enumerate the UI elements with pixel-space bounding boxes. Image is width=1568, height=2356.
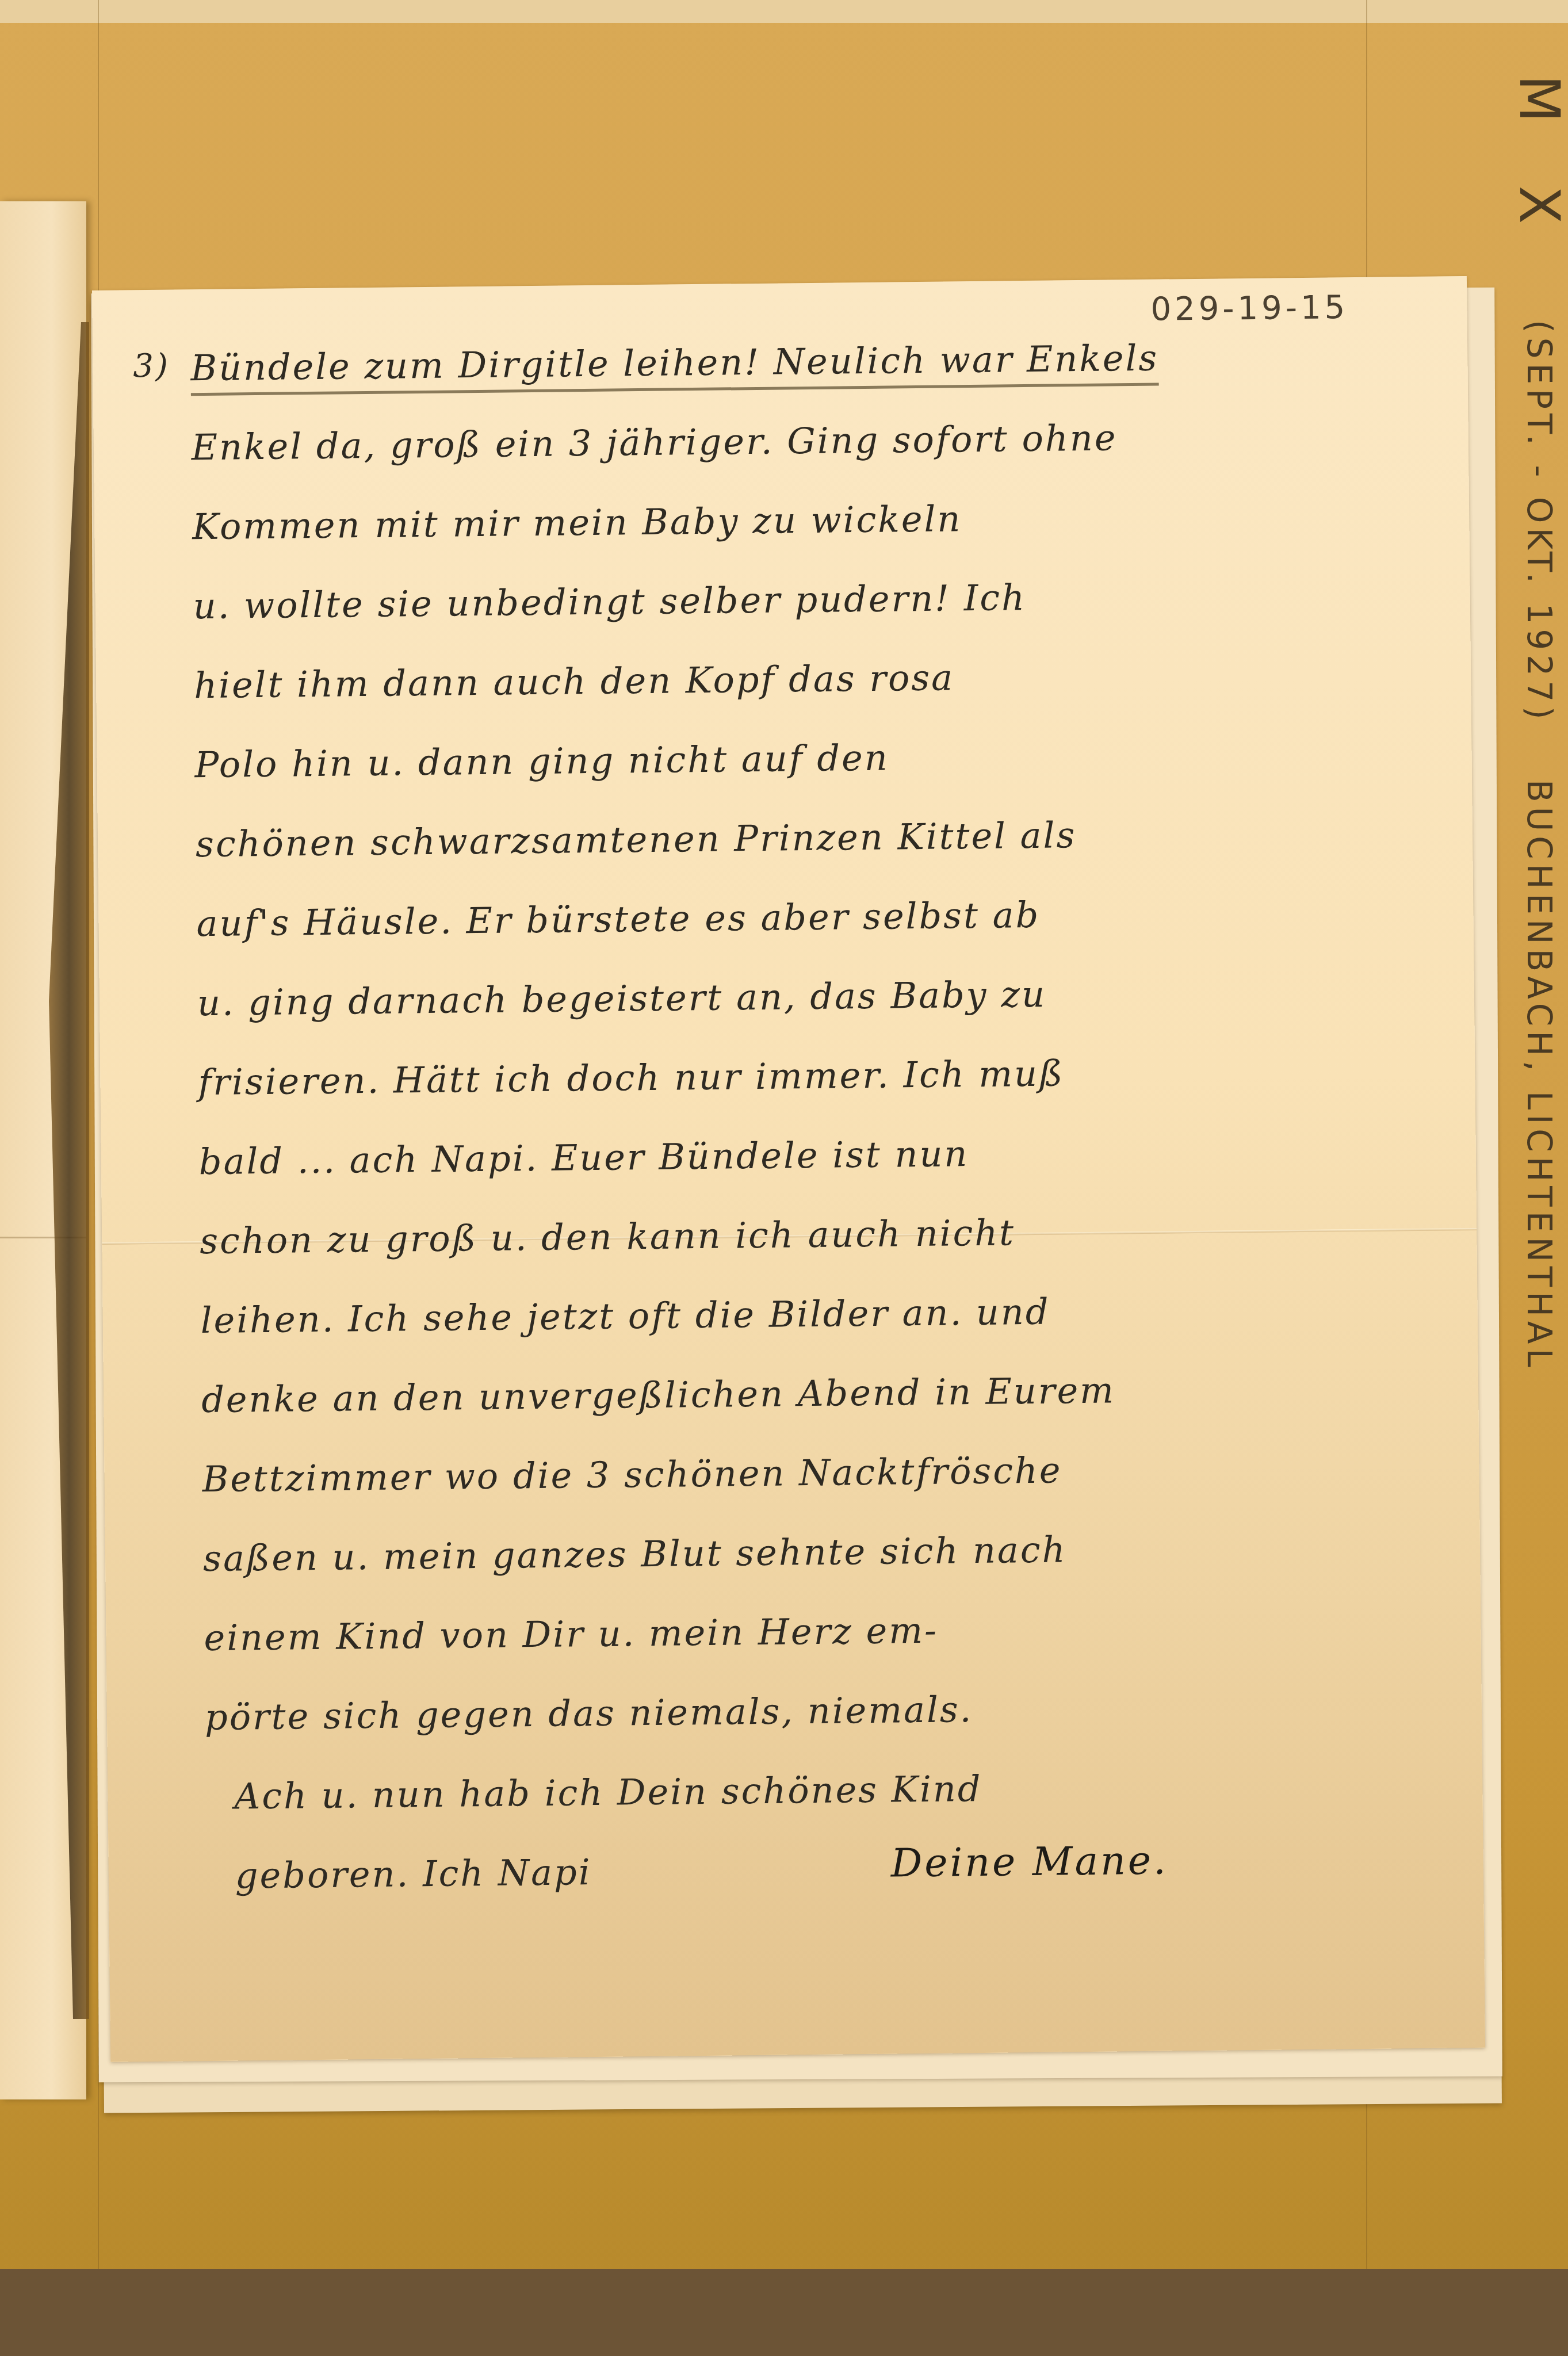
letter-line-text: Ach u. nun hab ich Dein schönes Kind [234, 1768, 982, 1818]
letter-line: 3) Bündele zum Dirgitle leihen! Neulich … [156, 334, 1422, 427]
letter-line-text: Bettzimmer wo die 3 schönen Nacktfrösche [202, 1449, 1062, 1500]
letter-line-text: geboren. Ich Napi [235, 1851, 591, 1896]
letter-line-text: bald ... ach Napi. Euer Bündele ist nun [198, 1133, 969, 1183]
letter-line-text: pörte sich gegen das niemals, niemals. [205, 1688, 973, 1738]
letter-line: pörte sich gegen das niemals, niemals. [170, 1684, 1436, 1776]
letter-line-text: auf's Häusle. Er bürstete es aber selbst… [196, 894, 1040, 944]
folder-dates-label: (SEPT. - OKT. 1927) [1520, 320, 1559, 724]
letter-line: frisieren. Hätt ich doch nur immer. Ich … [163, 1049, 1429, 1141]
letter-line: Enkel da, groß ein 3 jähriger. Ging sofo… [156, 414, 1422, 506]
folder-place-label: BUCHENBACH, LICHTENTHAL [1520, 779, 1559, 1372]
archive-number: 029-19-15 [1150, 289, 1348, 328]
letter-line: auf's Häusle. Er bürstete es aber selbst… [162, 890, 1428, 982]
letter-line: Polo hin u. dann ging nicht auf den [160, 731, 1426, 824]
letter-line: Kommen mit mir mein Baby zu wickeln [158, 493, 1424, 586]
letter-line-text: Bündele zum Dirgitle leihen! Neulich war… [190, 337, 1159, 389]
letter-line: leihen. Ich sehe jetzt oft die Bilder an… [166, 1287, 1432, 1379]
letter-line: Ach u. nun hab ich Dein schönes Kind [171, 1763, 1437, 1856]
letter-line: geboren. Ich Napi [171, 1842, 1437, 1935]
letter-line: u. ging darnach begeistert an, das Baby … [163, 969, 1429, 1062]
letter-line: bald ... ach Napi. Euer Bündele ist nun [164, 1128, 1430, 1221]
letter-line-text: u. ging darnach begeistert an, das Baby … [197, 973, 1047, 1024]
letter-line-text: Kommen mit mir mein Baby zu wickeln [192, 498, 962, 548]
letter-line: schönen schwarzsamtenen Prinzen Kittel a… [161, 810, 1427, 903]
letter-line: denke an den unvergeßlichen Abend in Eur… [167, 1366, 1433, 1459]
letter-line-text: schon zu groß u. den kann ich auch nicht [200, 1211, 1015, 1262]
letter-line-text: Polo hin u. dann ging nicht auf den [194, 737, 889, 786]
letter-line: Bettzimmer wo die 3 schönen Nacktfrösche [167, 1445, 1433, 1538]
letter-line-text: saßen u. mein ganzes Blut sehnte sich na… [203, 1528, 1067, 1579]
folder-top-edge [0, 0, 1568, 23]
letter-line-text: frisieren. Hätt ich doch nur immer. Ich … [198, 1052, 1065, 1103]
letter-line-text: denke an den unvergeßlichen Abend in Eur… [201, 1369, 1115, 1421]
folder-label: M X (SEPT. - OKT. 1927) BUCHENBACH, LICH… [1507, 75, 1568, 1372]
letter-line-text: leihen. Ich sehe jetzt oft die Bilder an… [200, 1291, 1050, 1341]
letter-sheet: 029-19-15 3) Bündele zum Dirgitle leihen… [92, 276, 1485, 2062]
letter-signature: Deine Mane. [890, 1838, 1168, 1887]
folder-series-label: M X [1507, 75, 1568, 247]
letter-line: einem Kind von Dir u. mein Herz em- [169, 1604, 1435, 1697]
letter-line: saßen u. mein ganzes Blut sehnte sich na… [169, 1525, 1435, 1617]
letter-line-text: schönen schwarzsamtenen Prinzen Kittel a… [196, 814, 1077, 865]
page-marker: 3) [133, 347, 170, 385]
letter-line: hielt ihm dann auch den Kopf das rosa [159, 652, 1425, 744]
letter-line-text: hielt ihm dann auch den Kopf das rosa [194, 656, 955, 706]
letter-line: u. wollte sie unbedingt selber pudern! I… [158, 572, 1424, 665]
letter-line-text: Enkel da, groß ein 3 jähriger. Ging sofo… [191, 416, 1117, 468]
table-surface [0, 2269, 1568, 2356]
letter-line-text: einem Kind von Dir u. mein Herz em- [204, 1609, 938, 1659]
letter-line-text: u. wollte sie unbedingt selber pudern! I… [193, 576, 1026, 627]
letter-line: schon zu groß u. den kann ich auch nicht [165, 1207, 1431, 1300]
letter-body: 3) Bündele zum Dirgitle leihen! Neulich … [156, 334, 1438, 1935]
